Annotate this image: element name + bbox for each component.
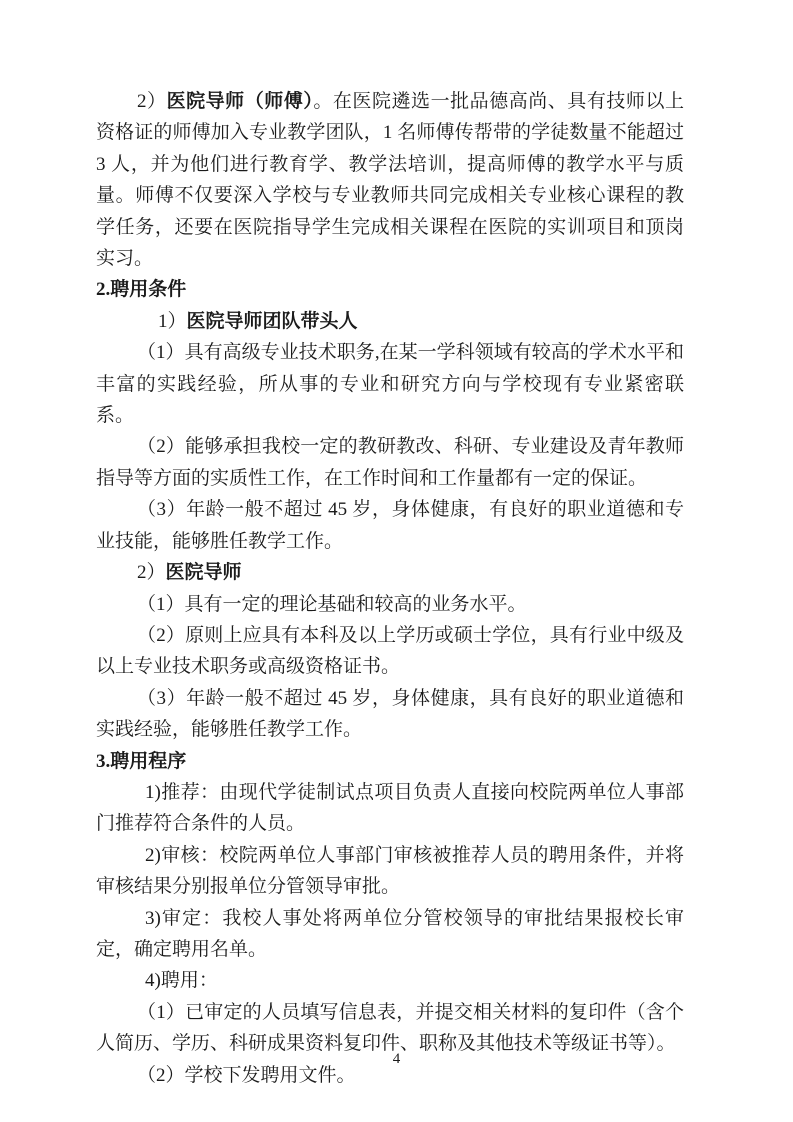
subheading-hospital-mentor-run: 2） (137, 562, 166, 583)
para-hospital-mentor-master-run: 2） (137, 91, 167, 112)
para-procedure-recommend-run: 1)推荐：由现代学徒制试点项目负责人直接向校院两单位人事部门推荐符合条件的人员。 (96, 782, 684, 834)
subheading-hospital-mentor-bold-run: 医院导师 (166, 562, 242, 583)
subheading-mentor-team-leader: 1）医院导师团队带头人 (96, 306, 684, 337)
para-procedure-approve-run: 3)审定：我校人事处将两单位分管校领导的审批结果报校长审定，确定聘用名单。 (96, 908, 684, 960)
subheading-mentor-team-leader-run: 1） (158, 311, 187, 332)
para-hire-step-1-run: （1）已审定的人员填写信息表，并提交相关材料的复印件（含个人简历、学历、科研成果… (96, 1002, 684, 1054)
para-leader-condition-2: （2）能够承担我校一定的教研教改、科研、专业建设及青年教师指导等方面的实质性工作… (96, 431, 684, 494)
para-hospital-mentor-master-run: 。在医院遴选一批品德高尚、具有技师以上资格证的师傅加入专业教学团队，1 名师傅传… (96, 91, 684, 269)
subheading-hospital-mentor: 2）医院导师 (96, 557, 684, 588)
page-number: 4 (393, 1051, 401, 1067)
page-footer: 4 (0, 1051, 793, 1068)
document-body: 2）医院导师（师傅）。在医院遴选一批品德高尚、具有技师以上资格证的师傅加入专业教… (96, 86, 684, 1091)
heading-employment-procedure: 3.聘用程序 (96, 746, 684, 777)
para-procedure-review: 2)审核：校院两单位人事部门审核被推荐人员的聘用条件，并将审核结果分别报单位分管… (96, 840, 684, 903)
para-hospital-mentor-master: 2）医院导师（师傅）。在医院遴选一批品德高尚、具有技师以上资格证的师傅加入专业教… (96, 86, 684, 274)
heading-employment-conditions: 2.聘用条件 (96, 274, 684, 305)
para-procedure-review-run: 2)审核：校院两单位人事部门审核被推荐人员的聘用条件，并将审核结果分别报单位分管… (96, 845, 684, 897)
para-procedure-recommend: 1)推荐：由现代学徒制试点项目负责人直接向校院两单位人事部门推荐符合条件的人员。 (96, 777, 684, 840)
para-leader-condition-3-run: （3）年龄一般不超过 45 岁，身体健康，有良好的职业道德和专业技能，能够胜任教… (96, 499, 684, 551)
para-mentor-condition-3: （3）年龄一般不超过 45 岁，身体健康，具有良好的职业道德和实践经验，能够胜任… (96, 683, 684, 746)
para-procedure-hire-run: 4)聘用： (145, 970, 218, 991)
para-hospital-mentor-master-bold-run: 医院导师（师傅） (167, 91, 314, 112)
para-mentor-condition-2-run: （2）原则上应具有本科及以上学历或硕士学位，具有行业中级及以上专业技术职务或高级… (96, 625, 684, 677)
para-procedure-hire: 4)聘用： (96, 965, 684, 996)
para-leader-condition-3: （3）年龄一般不超过 45 岁，身体健康，有良好的职业道德和专业技能，能够胜任教… (96, 494, 684, 557)
para-leader-condition-1: （1）具有高级专业技术职务,在某一学科领域有较高的学术水平和丰富的实践经验，所从… (96, 337, 684, 431)
document-page: 2）医院导师（师傅）。在医院遴选一批品德高尚、具有技师以上资格证的师傅加入专业教… (0, 0, 793, 1122)
para-procedure-approve: 3)审定：我校人事处将两单位分管校领导的审批结果报校长审定，确定聘用名单。 (96, 903, 684, 966)
para-mentor-condition-3-run: （3）年龄一般不超过 45 岁，身体健康，具有良好的职业道德和实践经验，能够胜任… (96, 688, 684, 740)
para-leader-condition-1-run: （1）具有高级专业技术职务,在某一学科领域有较高的学术水平和丰富的实践经验，所从… (96, 342, 684, 426)
para-mentor-condition-2: （2）原则上应具有本科及以上学历或硕士学位，具有行业中级及以上专业技术职务或高级… (96, 620, 684, 683)
para-leader-condition-2-run: （2）能够承担我校一定的教研教改、科研、专业建设及青年教师指导等方面的实质性工作… (96, 436, 684, 488)
para-mentor-condition-1: （1）具有一定的理论基础和较高的业务水平。 (96, 589, 684, 620)
para-mentor-condition-1-run: （1）具有一定的理论基础和较高的业务水平。 (137, 594, 527, 615)
subheading-mentor-team-leader-bold-run: 医院导师团队带头人 (187, 311, 358, 332)
heading-employment-procedure-bold-run: 3.聘用程序 (96, 751, 186, 772)
heading-employment-conditions-bold-run: 2.聘用条件 (96, 279, 186, 300)
